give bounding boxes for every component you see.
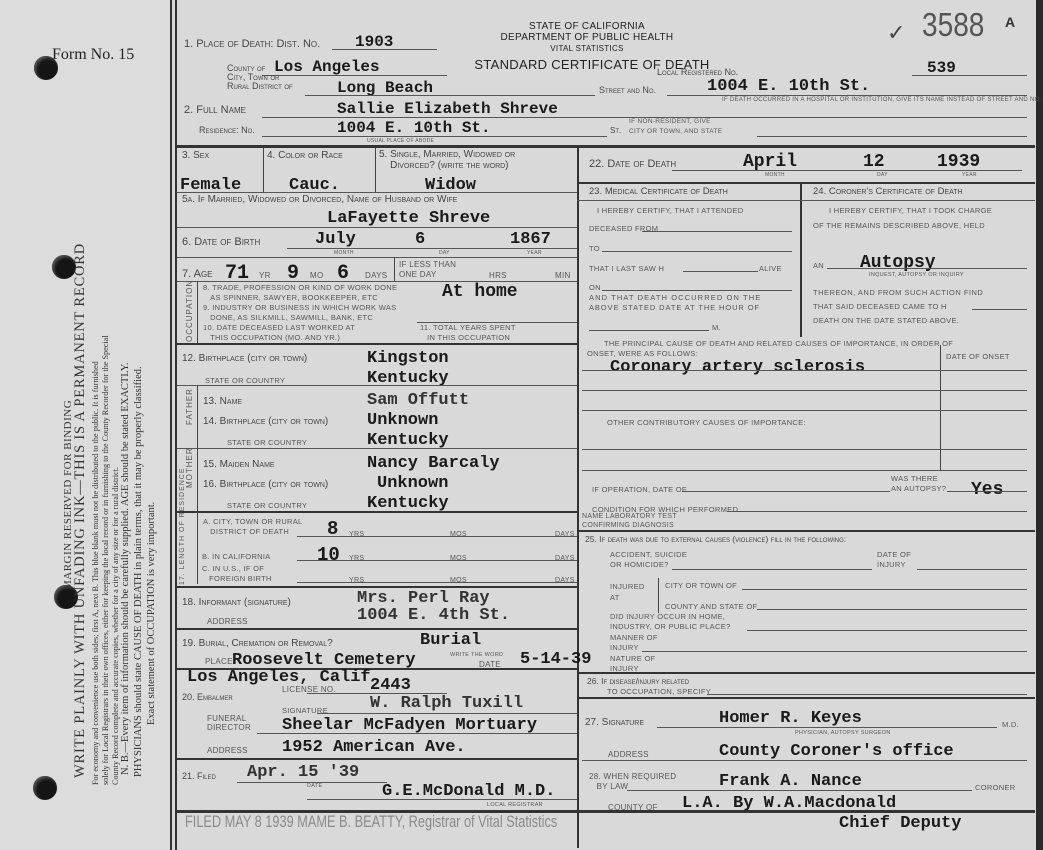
dob-day: 6 bbox=[415, 230, 425, 249]
certificate-suffix: A bbox=[1005, 14, 1015, 30]
autopsy-value: Yes bbox=[971, 480, 1003, 500]
signature-address-label: Address bbox=[608, 750, 649, 759]
day-label: Day bbox=[439, 250, 450, 256]
yr-label: yr bbox=[259, 271, 271, 280]
dob-month: July bbox=[315, 230, 356, 249]
q9-label: 9. Industry or business in which work wa… bbox=[203, 303, 396, 323]
margin-write-plainly: WRITE PLAINLY WITH UNFADING INK—THIS IS … bbox=[72, 243, 89, 778]
mother-birthplace-label: 16. Birthplace (city or town) bbox=[203, 479, 328, 490]
mother-name: Nancy Barcaly bbox=[367, 454, 500, 473]
coroner-county-deputy: L.A. By W.A.Macdonald bbox=[682, 794, 896, 813]
burial-value: Burial bbox=[420, 631, 481, 650]
birthplace-label: 12. Birthplace (city or town) bbox=[182, 353, 307, 364]
marital-label: 5. Single, Married, Widowed or Divorced?… bbox=[379, 149, 515, 171]
death-year: 1939 bbox=[937, 152, 980, 172]
coroner-an: an bbox=[813, 261, 824, 270]
medical-line-5: on bbox=[589, 283, 601, 292]
external-causes-title: 25. If death was due to external causes … bbox=[585, 534, 846, 544]
other-causes-label: Other contributory causes of importance: bbox=[607, 418, 806, 427]
funeral-address-label: Address bbox=[207, 746, 248, 755]
hospital-note: If death occurred in a hospital or insti… bbox=[722, 97, 1042, 103]
yrs-label: yrs bbox=[349, 555, 364, 562]
usual-abode-label: Usual place of abode bbox=[367, 138, 434, 144]
injury-county-label: County and State of bbox=[665, 602, 757, 611]
residence-value: 1004 E. 10th St. bbox=[337, 119, 491, 137]
min-label: min bbox=[555, 271, 571, 280]
days-label: days bbox=[555, 531, 575, 538]
res-c-label: c. In U.S., if of foreign birth bbox=[202, 564, 272, 584]
sex-label: 3. Sex bbox=[182, 150, 209, 161]
occupation-related-label: 26. If disease/injury related bbox=[587, 676, 689, 686]
days-label: days bbox=[555, 555, 575, 562]
father-name-label: 13. Name bbox=[203, 396, 242, 407]
filed-date: Apr. 15 '39 bbox=[247, 763, 359, 782]
father-birthplace: Unknown bbox=[367, 411, 438, 430]
accident-label: Accident, suicideor homicide? bbox=[610, 550, 687, 570]
certificate-body: State of California Department of Public… bbox=[175, 0, 1033, 850]
residence-label: Residence: No. bbox=[199, 125, 255, 135]
signature-label: 27. Signature bbox=[585, 717, 644, 728]
spouse-value: LaFayette Shreve bbox=[327, 209, 490, 228]
yrs-label: yrs bbox=[349, 531, 364, 538]
margin-economy-1: For economy and convenience use both sid… bbox=[91, 361, 100, 785]
margin-economy-2: solely for Local Registrars in their own… bbox=[101, 335, 110, 785]
autopsy-question: Was therean autopsy? bbox=[891, 474, 946, 494]
informant-label: 18. Informant (signature) bbox=[182, 597, 291, 608]
medical-cert-title: 23. Medical Certificate of Death bbox=[589, 186, 728, 197]
coroner-county-label: County of bbox=[608, 803, 658, 812]
death-day: 12 bbox=[863, 152, 885, 172]
margin-economy-3: County Record complete and accurate copi… bbox=[111, 467, 120, 785]
date-of-onset-label: Date of Onset bbox=[946, 352, 1010, 361]
margin-nb-3: Exact statement of OCCUPATION is very im… bbox=[146, 502, 157, 725]
informant-address: 1004 E. 4th St. bbox=[357, 606, 510, 625]
deputy-title: Chief Deputy bbox=[839, 814, 961, 833]
death-year-label: Year bbox=[962, 172, 977, 178]
burial-place-label: Place bbox=[205, 657, 233, 666]
md-label: M.D. bbox=[1002, 720, 1019, 729]
medical-line-7: above stated date at the hour of bbox=[589, 303, 760, 312]
signature-address: County Coroner's office bbox=[719, 742, 954, 761]
header-dept: Department of Public Health bbox=[477, 32, 697, 43]
res-b-years: 10 bbox=[317, 544, 340, 566]
filed-label: 21. Filed bbox=[182, 771, 216, 781]
father-state-label: State or Country bbox=[227, 438, 307, 447]
primary-cause: Coronary artery sclerosis bbox=[610, 358, 865, 377]
spouse-label: 5a. If Married, Widowed or Divorced, Nam… bbox=[182, 194, 457, 205]
city-label: City, Town orRural District of bbox=[227, 73, 293, 91]
filed-date-label: Date bbox=[307, 783, 322, 789]
margin-nb-2: PHYSICIANS should state CAUSE OF DEATH i… bbox=[133, 366, 144, 777]
birthplace-state-label: State or Country bbox=[205, 376, 285, 385]
mother-side-label: MOTHER bbox=[185, 447, 194, 488]
injured-at-label: Injuredat bbox=[610, 581, 645, 603]
birthplace-city: Kingston bbox=[367, 349, 449, 368]
when-required-label: 28. When required by law bbox=[589, 772, 676, 792]
death-day-label: Day bbox=[877, 172, 888, 178]
res-a-label: a. City, town or rural district of death bbox=[203, 517, 303, 537]
manner-label: Manner ofinjury bbox=[610, 633, 658, 653]
local-registered-label: Local Registered No. bbox=[657, 67, 738, 77]
certificate-number: 3588 bbox=[922, 6, 984, 44]
physician-signature: Homer R. Keyes bbox=[719, 709, 862, 728]
binding-margin: Form No. 15 MARGIN RESERVED FOR BINDING … bbox=[0, 0, 172, 850]
injury-city-label: City or town of bbox=[665, 581, 737, 590]
medical-line-3: to bbox=[589, 244, 600, 253]
mother-birthplace: Unknown bbox=[377, 474, 448, 493]
header-vital: Vital Statistics bbox=[477, 43, 697, 54]
medical-line-4: that I last saw h bbox=[589, 264, 664, 273]
occupation-related-sublabel: to occupation, specify bbox=[607, 687, 711, 696]
non-resident-label: If non-resident, givecity or town, and s… bbox=[629, 117, 722, 137]
coroner-line-4: that said deceased came to h bbox=[813, 302, 947, 311]
days-label: days bbox=[365, 271, 387, 280]
injury-date-label: Date ofinjury bbox=[877, 550, 911, 570]
dob-year: 1867 bbox=[510, 230, 551, 249]
margin-nb-1: N. B.—Every item of information should b… bbox=[120, 362, 131, 775]
father-name: Sam Offutt bbox=[367, 391, 469, 410]
embalmer-signature: W. Ralph Tuxill bbox=[370, 694, 523, 713]
form-number: Form No. 15 bbox=[52, 46, 134, 64]
lab-test-label: Name laboratory testconfirming diagnosis bbox=[582, 513, 677, 530]
operation-date-label: If operation, date of bbox=[592, 485, 687, 494]
st-label: St. bbox=[610, 126, 621, 135]
place-of-death-label: 1. Place of Death: Dist. No. bbox=[184, 38, 320, 50]
q10-label: 10. Date deceased last worked at this oc… bbox=[203, 323, 355, 343]
year-label: Year bbox=[527, 250, 542, 256]
burial-label: 19. Burial, Cremation or Removal? bbox=[182, 638, 333, 649]
dob-label: 6. Date of Birth bbox=[182, 236, 260, 248]
full-name-label: 2. Full Name bbox=[184, 104, 246, 116]
coroner-line-1: I Hereby Certify, That I took charge bbox=[829, 206, 992, 215]
medical-line-6: and that death occurred on the bbox=[589, 293, 761, 302]
medical-line-8: m. bbox=[712, 323, 721, 332]
death-date-label: 22. Date of Death bbox=[589, 158, 676, 170]
death-month: April bbox=[743, 152, 797, 172]
write-word-label: write the word bbox=[450, 652, 503, 658]
coroner-action-label: Inquest, Autopsy or Inquiry bbox=[869, 272, 964, 278]
race-label: 4. Color or Race bbox=[267, 150, 343, 161]
mos-label: mos bbox=[450, 555, 467, 562]
coroner-line-2: of the remains described above, held bbox=[813, 221, 985, 230]
embalmer-label: 20. Embalmer bbox=[182, 692, 233, 702]
father-birthplace-label: 14. Birthplace (city or town) bbox=[203, 416, 328, 427]
informant-address-label: Address bbox=[207, 617, 248, 626]
injury-place-label: Did injury occur in home,industry, or pu… bbox=[610, 612, 730, 632]
q11-label: 11. Total years spent in this occupation bbox=[420, 323, 516, 343]
age-label: 7. Age bbox=[182, 268, 213, 280]
nature-label: Nature ofinjury bbox=[610, 654, 655, 674]
death-month-label: Month bbox=[765, 172, 785, 178]
q8-label: 8. Trade, profession or kind of work don… bbox=[203, 283, 397, 303]
cause-intro-2: onset, were as follows: bbox=[587, 349, 698, 358]
father-side-label: FATHER bbox=[185, 388, 194, 425]
local-registrar-label: Local Registrar bbox=[487, 802, 543, 808]
physician-role-label: Physician, Autopsy Surgeon bbox=[795, 730, 891, 736]
coroner-label: Coroner bbox=[975, 783, 1015, 792]
occupation-side-label: OCCUPATION bbox=[185, 280, 194, 342]
funeral-director-label: FuneralDirector bbox=[207, 714, 251, 732]
days-label: days bbox=[555, 577, 575, 584]
mother-name-label: 15. Maiden Name bbox=[203, 459, 275, 470]
mos-label: mos bbox=[450, 577, 467, 584]
street-value: 1004 E. 10th St. bbox=[707, 77, 870, 96]
punch-hole bbox=[33, 776, 57, 800]
cause-intro-1: The principal cause of death and related… bbox=[604, 339, 953, 348]
yrs-label: yrs bbox=[349, 577, 364, 584]
street-label: Street and No. bbox=[599, 85, 656, 95]
coroner-action: Autopsy bbox=[860, 253, 936, 273]
coroner-line-5: death on the date stated above. bbox=[813, 316, 959, 325]
full-name-value: Sallie Elizabeth Shreve bbox=[337, 100, 558, 118]
burial-place-city: Los Angeles, Calif bbox=[187, 668, 371, 687]
less-than-one-day-label: If less thanone day bbox=[399, 260, 456, 280]
death-certificate: Form No. 15 MARGIN RESERVED FOR BINDING … bbox=[0, 0, 1036, 850]
mos-label: mos bbox=[450, 531, 467, 538]
coroner-cert-title: 24. Coroner's Certificate of Death bbox=[813, 186, 963, 197]
hrs-label: hrs bbox=[489, 271, 507, 280]
check-mark: ✓ bbox=[887, 20, 905, 46]
burial-date: 5-14-39 bbox=[520, 650, 591, 669]
coroner-name: Frank A. Nance bbox=[719, 772, 862, 791]
medical-line-1: I Hereby Certify, That I attended bbox=[597, 206, 743, 215]
residence-length-side-label: 17. LENGTH OF RESIDENCE bbox=[179, 467, 186, 585]
occupation-value: At home bbox=[442, 282, 518, 302]
header-state: State of California bbox=[477, 21, 697, 32]
medical-alive: alive bbox=[759, 264, 782, 273]
mother-state-label: State or Country bbox=[227, 501, 307, 510]
month-label: Month bbox=[334, 250, 354, 256]
res-b-label: b. In California bbox=[202, 552, 271, 561]
coroner-line-3: thereon, and from such action find bbox=[813, 288, 983, 297]
filing-stamp: FILED MAY 8 1939 MAME B. BEATTY, Registr… bbox=[185, 812, 557, 832]
mo-label: mo bbox=[310, 271, 324, 280]
funeral-address: 1952 American Ave. bbox=[282, 738, 466, 757]
